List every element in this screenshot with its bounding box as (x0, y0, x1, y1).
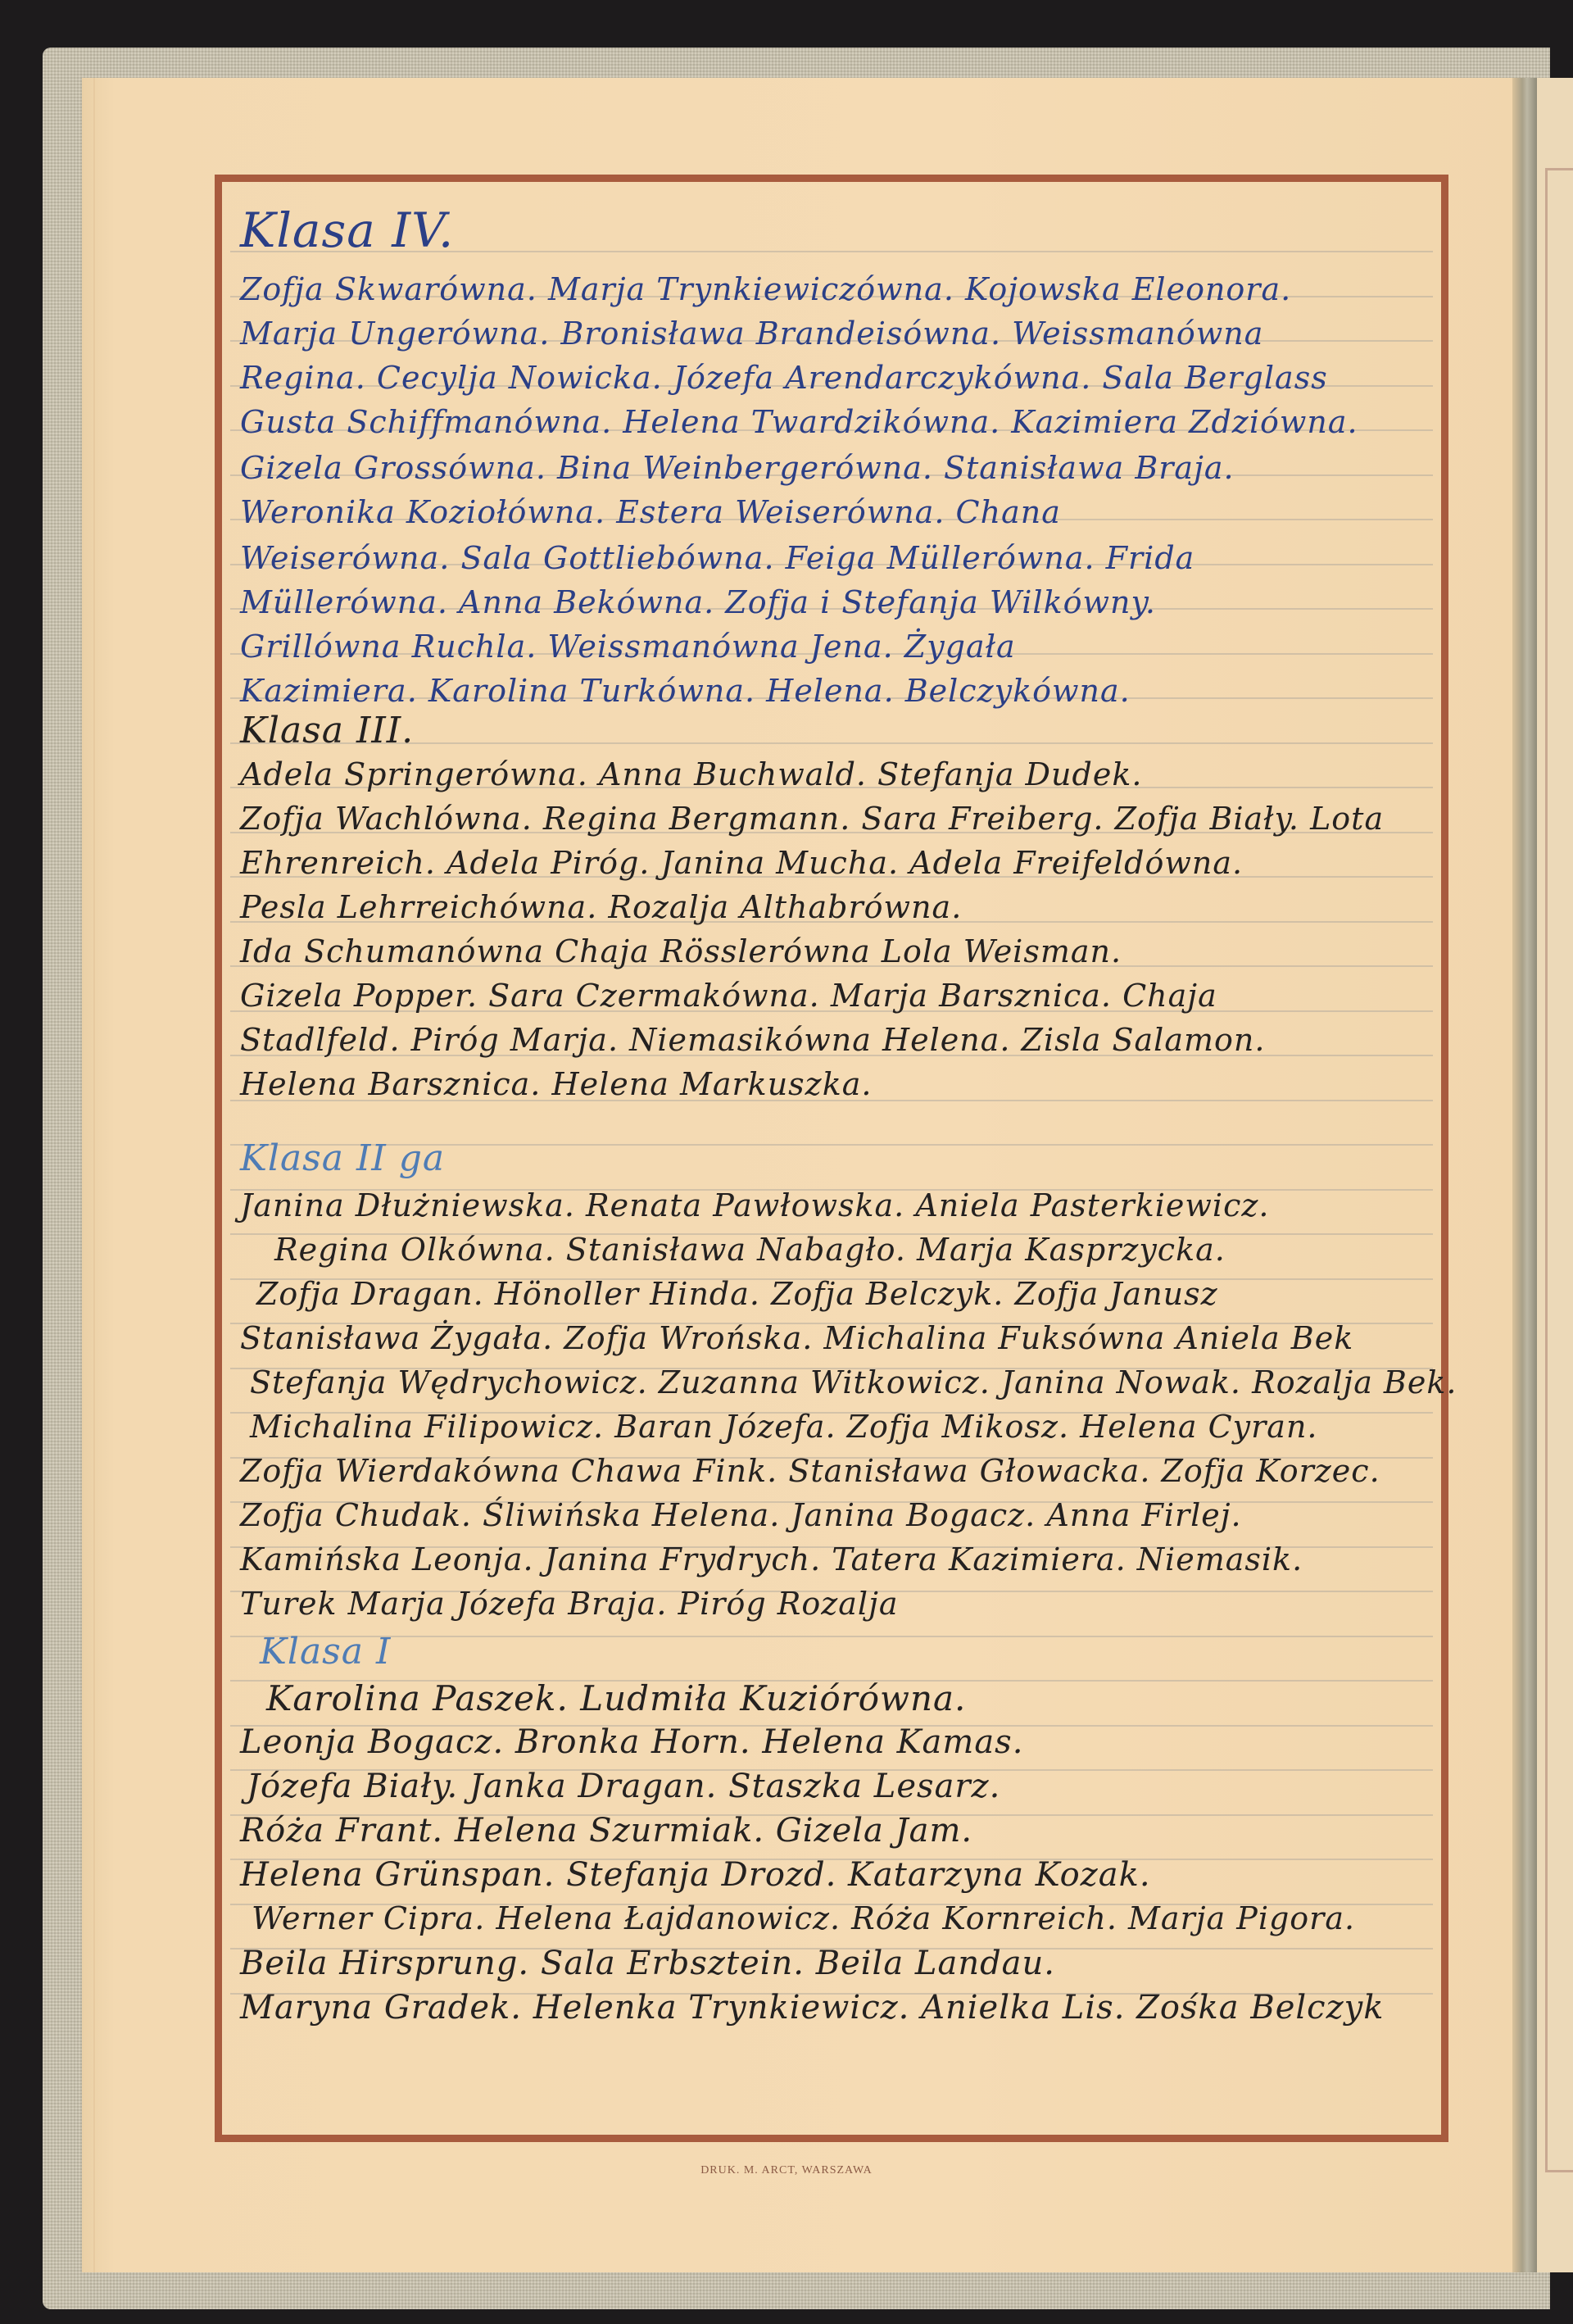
register-line: Janina Dłużniewska. Renata Pawłowska. An… (240, 1190, 1269, 1221)
register-line: Stanisława Żygała. Zofja Wrońska. Michal… (240, 1323, 1353, 1354)
register-line: Werner Cipra. Helena Łajdanowicz. Róża K… (252, 1903, 1355, 1934)
register-line: Grillówna Ruchla. Weissmanówna Jena. Żyg… (240, 631, 1016, 662)
register-line: Stadlfeld. Piróg Marja. Niemasikówna Hel… (240, 1024, 1265, 1055)
next-page-frame (1545, 168, 1573, 2172)
register-line: Gizela Grossówna. Bina Weinbergerówna. S… (240, 452, 1235, 483)
register-line: Gizela Popper. Sara Czermakówna. Marja B… (240, 980, 1217, 1011)
register-line: Ehrenreich. Adela Piróg. Janina Mucha. A… (240, 847, 1243, 878)
register-line: Leonja Bogacz. Bronka Horn. Helena Kamas… (240, 1726, 1023, 1759)
page-edge (93, 78, 95, 2272)
register-line: Turek Marja Józefa Braja. Piróg Rozalja (240, 1588, 899, 1619)
register-line: Michalina Filipowicz. Baran Józefa. Zofj… (250, 1411, 1318, 1442)
register-line: Regina. Cecylja Nowicka. Józefa Arendarc… (240, 362, 1328, 393)
register-line: Weronika Koziołówna. Estera Weiserówna. … (240, 497, 1061, 528)
register-line: Zofja Chudak. Śliwińska Helena. Janina B… (240, 1500, 1242, 1531)
register-line: Zofja Skwarówna. Marja Trynkiewiczówna. … (240, 274, 1291, 305)
register-line: Regina Olkówna. Stanisława Nabagło. Marj… (274, 1234, 1226, 1265)
register-line: Gusta Schiffmanówna. Helena Twardzikówna… (240, 406, 1358, 438)
page-frame: Klasa IV. Zofja Skwarówna. Marja Trynkie… (215, 175, 1448, 2142)
section-heading-klasa-iv: Klasa IV. (240, 207, 454, 254)
next-page-edge (1537, 78, 1573, 2272)
register-line: Karolina Paszek. Ludmiła Kuziórówna. (266, 1682, 966, 1716)
register-line: Róża Frant. Helena Szurmiak. Gizela Jam. (240, 1814, 972, 1847)
register-line: Pesla Lehrreichówna. Rozalja Althabrówna… (240, 892, 962, 923)
register-line: Kazimiera. Karolina Turkówna. Helena. Be… (240, 675, 1131, 706)
register-content: Klasa IV. Zofja Skwarówna. Marja Trynkie… (240, 182, 1428, 2135)
register-line: Beila Hirsprung. Sala Erbsztein. Beila L… (240, 1947, 1055, 1980)
register-line: Ida Schumanówna Chaja Rösslerówna Lola W… (240, 936, 1122, 967)
register-line: Stefanja Wędrychowicz. Zuzanna Witkowicz… (250, 1367, 1457, 1398)
book-gutter (1512, 78, 1537, 2272)
section-heading-klasa-iii: Klasa III. (240, 713, 414, 749)
register-line: Maryna Gradek. Helenka Trynkiewicz. Anie… (240, 1991, 1385, 2024)
register-line: Zofja Wachlówna. Regina Bergmann. Sara F… (240, 803, 1384, 834)
register-line: Józefa Biały. Janka Dragan. Staszka Lesa… (247, 1770, 1000, 1803)
register-line: Marja Ungerówna. Bronisława Brandeisówna… (240, 318, 1263, 349)
printer-imprint: DRUK. M. ARCT, WARSZAWA (0, 2164, 1573, 2177)
register-line: Adela Springerówna. Anna Buchwald. Stefa… (240, 759, 1142, 790)
register-line: Kamińska Leonja. Janina Frydrych. Tatera… (240, 1544, 1303, 1575)
section-heading-klasa-ii: Klasa II ga (240, 1141, 445, 1177)
register-line: Weiserówna. Sala Gottliebówna. Feiga Mül… (240, 542, 1194, 574)
register-line: Helena Grünspan. Stefanja Drozd. Katarzy… (240, 1859, 1151, 1891)
register-line: Zofja Wierdakówna Chawa Fink. Stanisława… (240, 1455, 1380, 1487)
section-heading-klasa-i: Klasa I (260, 1634, 391, 1670)
register-line: Zofja Dragan. Hönoller Hinda. Zofja Belc… (256, 1278, 1218, 1310)
register-line: Müllerówna. Anna Bekówna. Zofja i Stefan… (240, 587, 1156, 618)
register-line: Helena Barsznica. Helena Markuszka. (240, 1069, 872, 1100)
